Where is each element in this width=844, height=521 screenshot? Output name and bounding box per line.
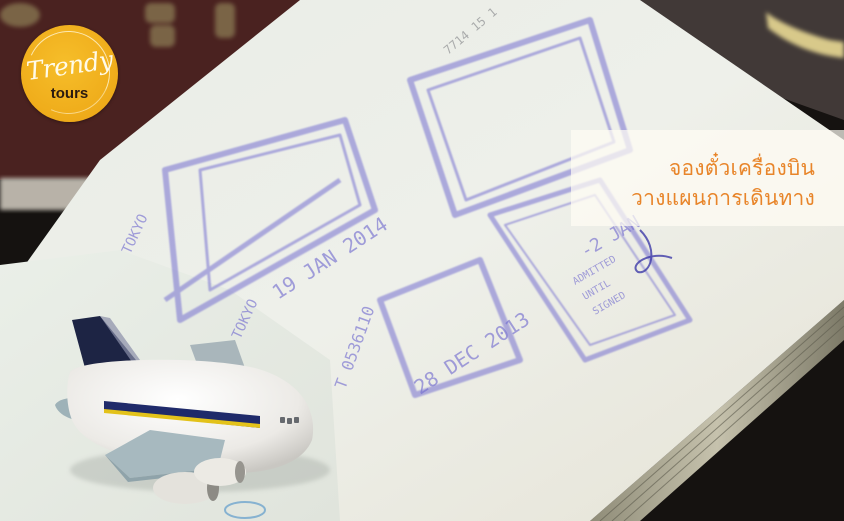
banner-photo: 19 JAN 2014 28 DEC 2013 -2 JAN ADMITTED … [0,0,844,521]
trendy-tours-logo[interactable]: Trendy tours [21,25,118,122]
caption-line-plan-trip: วางแผนการเดินทาง [631,182,815,215]
caption-overlay: จองตั๋วเครื่องบิน วางแผนการเดินทาง [571,130,844,226]
logo-sub-text: tours [21,85,118,102]
caption-line-book-tickets: จองตั๋วเครื่องบิน [669,152,815,185]
passport-scene: 19 JAN 2014 28 DEC 2013 -2 JAN ADMITTED … [0,0,844,521]
